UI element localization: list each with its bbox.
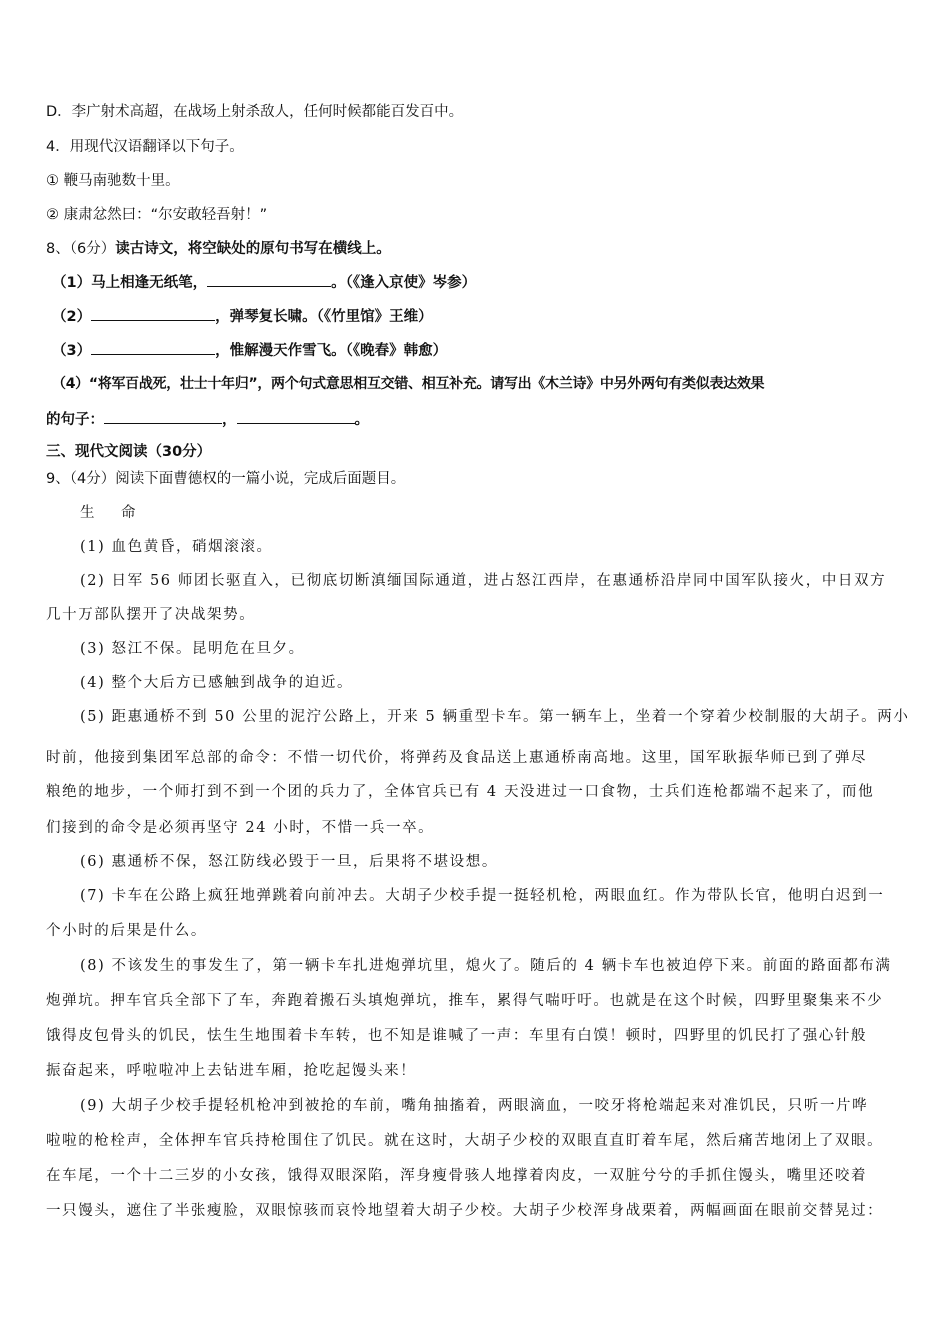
story-line: 一只馒头，遮住了半张瘦脸，双眼惊骇而哀怜地望着大胡子少校。大胡子少校浑身战栗着，… <box>46 1201 883 1221</box>
story-line: (4) 整个大后方已感触到战争的迫近。 <box>80 673 353 693</box>
exam-page: D．李广射术高超，在战场上射杀敌人，任何时候都能百发百中。 4．用现代汉语翻译以… <box>0 0 950 1344</box>
story-line: (8) 不该发生的事发生了，第一辆卡车扎进炮弹坑里，熄火了。随后的 4 辆卡车也… <box>80 956 892 976</box>
story-line: 啦啦的枪栓声，全体押车官兵持枪围住了饥民。就在这时，大胡子少校的双眼直直盯着车尾… <box>46 1131 883 1151</box>
question-9-stem: 9、（4分）阅读下面曹德权的一篇小说，完成后面题目。 <box>46 469 405 489</box>
story-title: 生 命 <box>80 503 142 523</box>
answer-blank-2[interactable] <box>91 306 215 321</box>
story-line: (1) 血色黄昏，硝烟滚滚。 <box>80 537 273 557</box>
story-line: (5) 距惠通桥不到 50 公里的泥泞公路上，开来 5 辆重型卡车。第一辆车上，… <box>80 707 909 727</box>
story-line: (2) 日军 56 师团长驱直入，已彻底切断滇缅国际通道，进占怒江西岸，在惠通桥… <box>80 571 886 591</box>
story-line: 饿得皮包骨头的饥民，怯生生地围着卡车转，也不知是谁喊了一声：车里有白馍！顿时，四… <box>46 1026 867 1046</box>
story-line: 们接到的命令是必须再坚守 24 小时，不惜一兵一卒。 <box>46 818 434 838</box>
story-line: 在车尾，一个十二三岁的小女孩，饿得双眼深陷，浑身瘦骨骇人地撑着肉皮，一双脏兮兮的… <box>46 1166 867 1186</box>
story-line: (3) 怒江不保。昆明危在旦夕。 <box>80 639 305 659</box>
question-4-item-2: ② 康肃忿然曰：“尔安敢轻吾射！” <box>46 205 267 225</box>
story-line: 炮弹坑。押车官兵全部下了车，奔跑着搬石头填炮弹坑，推车，累得气喘吁吁。也就是在这… <box>46 991 883 1011</box>
question-8-item-4: （4）“将军百战死，壮士十年归”，两个句式意思相互交错、相互补充。请写出《木兰诗… <box>52 374 764 394</box>
answer-blank-1[interactable] <box>207 272 331 287</box>
story-line: (7) 卡车在公路上疯狂地弹跳着向前冲去。大胡子少校手提一挺轻机枪，两眼血红。作… <box>80 886 884 906</box>
option-d: D．李广射术高超，在战场上射杀敌人，任何时候都能百发百中。 <box>46 102 463 122</box>
answer-blank-4[interactable] <box>104 409 222 424</box>
answer-blank-5[interactable] <box>237 409 355 424</box>
section-3-heading: 三、现代文阅读（30分） <box>46 442 211 462</box>
story-line: (9) 大胡子少校手提轻机枪冲到被抢的车前，嘴角抽搐着，两眼滴血，一咬牙将枪端起… <box>80 1096 868 1116</box>
question-4-item-1: ① 鞭马南驰数十里。 <box>46 171 180 191</box>
question-4-stem: 4．用现代汉语翻译以下句子。 <box>46 137 244 157</box>
story-line: 个小时的后果是什么。 <box>46 921 207 941</box>
question-8-item-4-answer: 的句子：，。 <box>46 409 369 430</box>
question-8-item-2: （2），弹琴复长啸。（《竹里馆》王维） <box>52 306 433 327</box>
story-line: 振奋起来，呼啦啦冲上去钻进车厢，抢吃起馒头来！ <box>46 1061 416 1081</box>
question-8-item-1: （1）马上相逢无纸笔，。（《逢入京使》岑参） <box>52 272 476 293</box>
story-line: (6) 惠通桥不保，怒江防线必毁于一旦，后果将不堪设想。 <box>80 852 498 872</box>
question-8-header: 8、（6分）读古诗文，将空缺处的原句书写在横线上。 <box>46 239 391 259</box>
question-8-item-3: （3），惟解漫天作雪飞。（《晚春》韩愈） <box>52 340 447 361</box>
answer-blank-3[interactable] <box>91 340 215 355</box>
question-8-number: 8、（6分） <box>46 241 115 257</box>
story-line: 时前，他接到集团军总部的命令：不惜一切代价，将弹药及食品送上惠通桥南高地。这里，… <box>46 748 867 768</box>
story-line: 粮绝的地步，一个师打到不到一个团的兵力了，全体官兵已有 4 天没进过一口食物，士… <box>46 782 874 802</box>
question-8-stem: 读古诗文，将空缺处的原句书写在横线上。 <box>115 241 391 257</box>
story-line: 几十万部队摆开了决战架势。 <box>46 605 255 625</box>
